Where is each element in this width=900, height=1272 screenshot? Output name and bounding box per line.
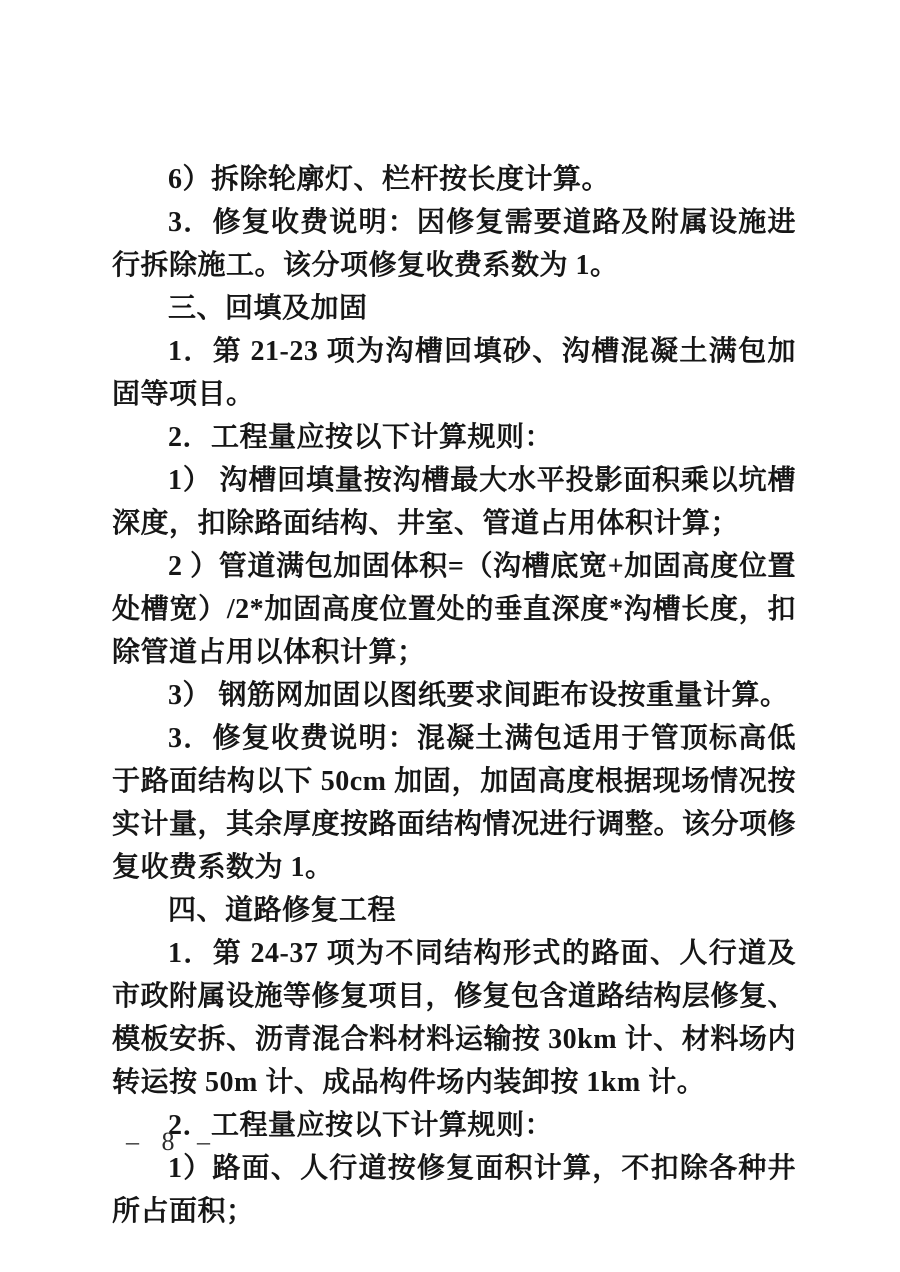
paragraph-text: 1） 沟槽回填量按沟槽最大水平投影面积乘以坑槽深度，扣除路面结构、井室、管道占用… [112,465,796,539]
paragraph-label: 2． [168,422,211,453]
paragraph-text: 2 ）管道满包加固体积=（沟槽底宽+加固高度位置处槽宽）/2*加固高度位置处的垂… [112,551,796,668]
paragraph-text: 四、道路修复工程 [168,895,396,926]
page-number: – 8 – [126,1126,218,1158]
paragraph-text: 修复收费说明：混凝土满包适用于管顶标高低于路面结构以下 50cm 加固，加固高度… [112,723,796,883]
paragraph: 1．第 24-37 项为不同结构形式的路面、人行道及市政附属设施等修复项目，修复… [112,932,796,1104]
paragraph-text: 3） 钢筋网加固以图纸要求间距布设按重量计算。 [168,680,789,711]
paragraph-text: 工程量应按以下计算规则： [211,422,553,453]
paragraph-text: 工程量应按以下计算规则： [211,1110,553,1141]
paragraph: 1）路面、人行道按修复面积计算，不扣除各种井所占面积； [112,1147,796,1233]
paragraph: 1） 沟槽回填量按沟槽最大水平投影面积乘以坑槽深度，扣除路面结构、井室、管道占用… [112,459,796,545]
paragraph: 3） 钢筋网加固以图纸要求间距布设按重量计算。 [112,674,796,717]
paragraph-label: 1． [168,938,213,969]
paragraph-text: 第 24-37 项为不同结构形式的路面、人行道及市政附属设施等修复项目，修复包含… [112,938,796,1098]
paragraph: 1．第 21-23 项为沟槽回填砂、沟槽混凝土满包加固等项目。 [112,330,796,416]
paragraph: 2 ）管道满包加固体积=（沟槽底宽+加固高度位置处槽宽）/2*加固高度位置处的垂… [112,545,796,674]
paragraph: 三、回填及加固 [112,287,796,330]
paragraph-text: 6）拆除轮廓灯、栏杆按长度计算。 [168,164,610,195]
document-body: 6）拆除轮廓灯、栏杆按长度计算。 3．修复收费说明：因修复需要道路及附属设施进行… [112,158,796,1233]
paragraph: 3．修复收费说明：因修复需要道路及附属设施进行拆除施工。该分项修复收费系数为 1… [112,201,796,287]
paragraph: 2．工程量应按以下计算规则： [112,416,796,459]
paragraph-text: 第 21-23 项为沟槽回填砂、沟槽混凝土满包加固等项目。 [112,336,796,410]
paragraph-label: 3． [168,723,212,754]
paragraph: 6）拆除轮廓灯、栏杆按长度计算。 [112,158,796,201]
paragraph-label: 3． [168,207,212,238]
paragraph-text: 三、回填及加固 [168,293,368,324]
paragraph: 四、道路修复工程 [112,889,796,932]
paragraph-label: 1． [168,336,213,367]
document-page: 6）拆除轮廓灯、栏杆按长度计算。 3．修复收费说明：因修复需要道路及附属设施进行… [0,0,900,1272]
paragraph-text: 1）路面、人行道按修复面积计算，不扣除各种井所占面积； [112,1153,796,1227]
paragraph: 3．修复收费说明：混凝土满包适用于管顶标高低于路面结构以下 50cm 加固，加固… [112,717,796,889]
paragraph-text: 修复收费说明：因修复需要道路及附属设施进行拆除施工。该分项修复收费系数为 1。 [112,207,796,281]
